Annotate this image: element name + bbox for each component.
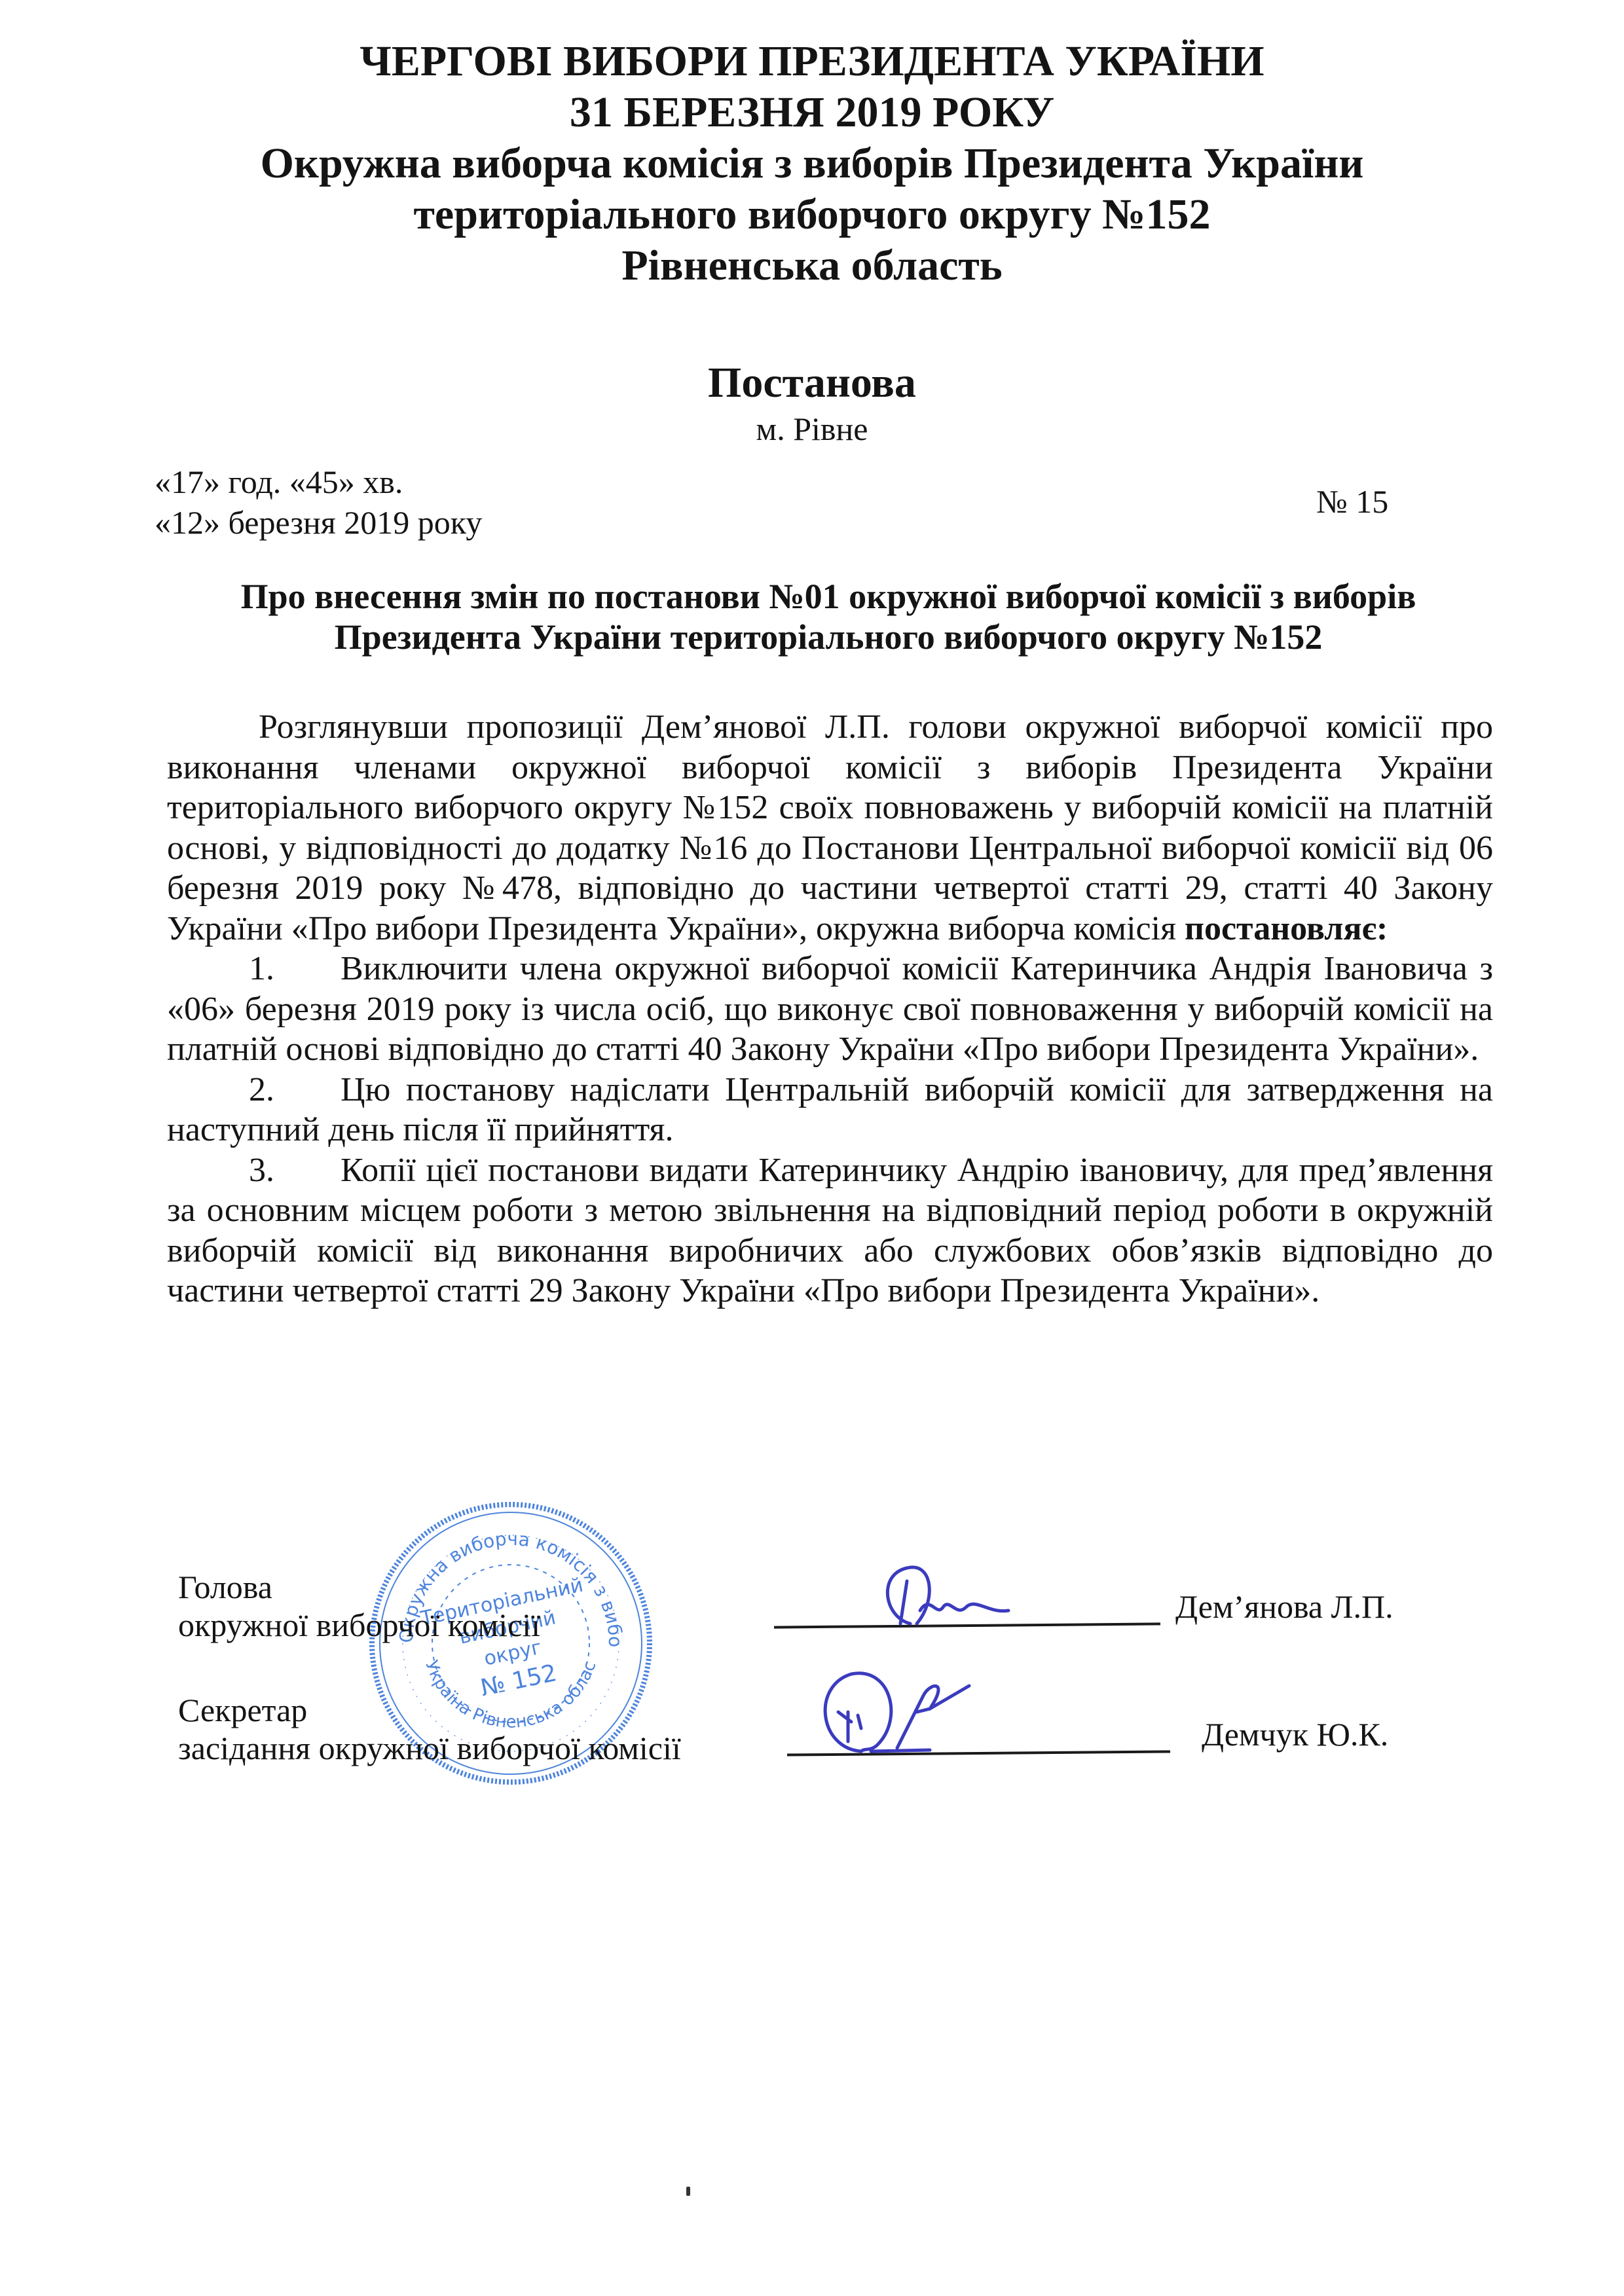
document-header: ЧЕРГОВІ ВИБОРИ ПРЕЗИДЕНТА УКРАЇНИ 31 БЕР… (0, 36, 1624, 291)
document-title-block: Постанова м. Рівне (0, 357, 1624, 448)
chair-name: Дем’янова Л.П. (1175, 1588, 1393, 1626)
subject-line-2: Президента України територіального вибор… (335, 617, 1323, 657)
chair-role-line-1: Голова (178, 1568, 540, 1606)
item-number: 1. (249, 949, 341, 989)
document-body: Розглянувши пропозиції Дем’янової Л.П. г… (167, 707, 1493, 1311)
scan-speck (686, 2187, 690, 2196)
subject-line-1: Про внесення змін по постанови №01 окруж… (241, 577, 1416, 616)
item-text: Цю постанову надіслати Центральній вибор… (167, 1071, 1493, 1149)
secretary-role: Секретар засідання окружної виборчої ком… (178, 1691, 681, 1767)
document-datetime: «17» год. «45» хв. «12» березня 2019 рок… (155, 462, 482, 543)
resolution-item-1: 1.Виключити члена окружної виборчої комі… (167, 949, 1493, 1070)
document-date: «12» березня 2019 року (155, 502, 482, 543)
document-time: «17» год. «45» хв. (155, 462, 482, 502)
resolution-item-2: 2.Цю постанову надіслати Центральній виб… (167, 1070, 1493, 1150)
secretary-role-line-2: засідання окружної виборчої комісії (178, 1729, 681, 1767)
secretary-name: Демчук Ю.К. (1202, 1715, 1388, 1753)
election-date: 31 БЕРЕЗНЯ 2019 РОКУ (0, 87, 1624, 138)
document-type: Постанова (0, 357, 1624, 409)
secretary-role-line-1: Секретар (178, 1691, 681, 1729)
document-subject: Про внесення змін по постанови №01 окруж… (164, 576, 1493, 657)
item-text: Копії цієї постанови видати Катеринчику … (167, 1152, 1493, 1310)
item-number: 3. (249, 1150, 341, 1191)
intro-paragraph: Розглянувши пропозиції Дем’янової Л.П. г… (167, 707, 1493, 949)
document-city: м. Рівне (0, 409, 1624, 448)
chair-signature-icon (871, 1561, 1067, 1633)
election-title: ЧЕРГОВІ ВИБОРИ ПРЕЗИДЕНТА УКРАЇНИ (0, 36, 1624, 87)
resolves-keyword: постановляє: (1185, 910, 1388, 947)
resolution-item-3: 3.Копії цієї постанови видати Катеринчик… (167, 1150, 1493, 1311)
document-page: ЧЕРГОВІ ВИБОРИ ПРЕЗИДЕНТА УКРАЇНИ 31 БЕР… (0, 0, 1624, 2296)
item-number: 2. (249, 1070, 341, 1110)
chair-role: Голова окружної виборчої комісії (178, 1568, 540, 1644)
region-name: Рівненська область (0, 240, 1624, 291)
document-number: № 15 (1316, 481, 1388, 522)
commission-name: Окружна виборча комісія з виборів Презид… (0, 138, 1624, 189)
secretary-signature-icon (799, 1666, 1022, 1758)
district-name: територіального виборчого округу №152 (0, 189, 1624, 240)
item-text: Виключити члена окружної виборчої комісі… (167, 950, 1493, 1068)
chair-role-line-2: окружної виборчої комісії (178, 1606, 540, 1644)
